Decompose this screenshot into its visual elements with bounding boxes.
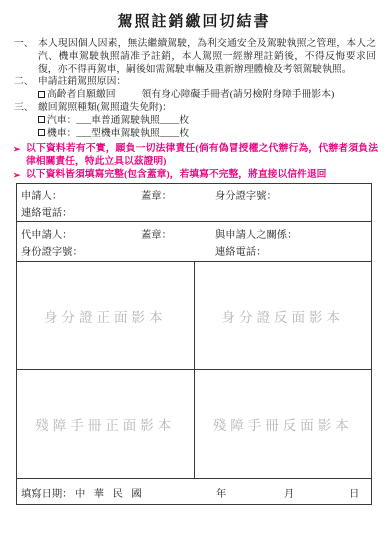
license-type-motorcycle-option: 機車：___型機車駕駛執照____枚 — [38, 128, 376, 141]
id-copy-row: 身分證正面影本 身分證反面影本 — [17, 261, 371, 369]
option-senior-voluntary-return: 高齡者自願繳回 — [47, 89, 116, 100]
id-front-copy-cell: 身分證正面影本 — [17, 262, 194, 369]
roc-era-label: 中華民國 — [75, 485, 150, 500]
applicant-phone-label: 連絡電話： — [21, 204, 72, 219]
agent-name-label: 代申請人： — [21, 226, 141, 241]
handbook-back-copy-cell: 殘障手冊反面影本 — [194, 370, 372, 478]
applicant-seal-label: 蓋章： — [141, 187, 215, 202]
clause-1-number: 一、 — [14, 38, 38, 76]
notice-completeness-text: 以下資料皆須填寫完整(包含蓋章)，若填寫不完整，將直接以信件退回 — [26, 169, 378, 182]
applicant-name-label: 申請人： — [21, 187, 141, 202]
agent-relation-label: 與申請人之關係： — [215, 226, 297, 241]
clause-2-number: 二、 — [14, 76, 38, 102]
id-back-copy-cell: 身分證反面影本 — [194, 262, 372, 369]
fill-date-row: 填寫日期： 中華民國 年 月 日 — [17, 478, 371, 504]
clause-2: 二、 申請註銷駕照原因： 高齡者自願繳回領有身心障礙手冊者(請另檢附身障手冊影本… — [14, 76, 376, 102]
applicant-row: 申請人： 蓋章： 身分證字號： 連絡電話： — [17, 184, 371, 221]
handbook-copy-row: 殘障手冊正面影本 殘障手冊反面影本 — [17, 369, 371, 478]
handbook-front-copy-cell: 殘障手冊正面影本 — [17, 370, 194, 478]
checkbox-icon-senior-return — [38, 91, 45, 98]
cancel-reason-options: 高齡者自願繳回領有身心障礙手冊者(請另檢附身障手冊影本) — [38, 89, 376, 102]
option-motorcycle-license: 機車：___型機車駕駛執照____枚 — [47, 128, 189, 139]
month-label: 月 — [284, 485, 294, 500]
agent-seal-label: 蓋章： — [141, 226, 215, 241]
checkbox-icon-car — [38, 116, 45, 123]
fill-date-label: 填寫日期： — [21, 485, 72, 500]
clause-3: 三、 繳回駕照種類(駕照遺失免附)： 汽車：___車普通駕駛執照____枚 機車… — [14, 102, 376, 140]
arrow-bullet-icon: ➢ — [13, 169, 26, 182]
agent-phone-label: 連絡電話： — [215, 243, 266, 258]
notice-liability-text: 以下資料若有不實，願負一切法律責任(倘有偽冒授權之代辦行為，代辦者須負法律相關責… — [26, 143, 378, 168]
clauses-list: 一、 本人現因個人因素，無法繼續駕駛，為利交通安全及駕駛執照之管理，本人之汽、機… — [14, 38, 376, 140]
agent-row: 代申請人： 蓋章： 與申請人之關係： 身份證字號： 連絡電話： — [17, 221, 371, 261]
clause-3-heading: 繳回駕照種類(駕照遺失免附)： — [38, 102, 376, 115]
notice-liability: ➢ 以下資料若有不實，願負一切法律責任(倘有偽冒授權之代辦行為，代辦者須負法律相… — [13, 143, 378, 168]
checkbox-icon-motorcycle — [38, 129, 45, 136]
clause-1: 一、 本人現因個人因素，無法繼續駕駛，為利交通安全及駕駛執照之管理，本人之汽、機… — [14, 38, 376, 76]
clause-1-text: 本人現因個人因素，無法繼續駕駛，為利交通安全及駕駛執照之管理，本人之汽、機車駕駛… — [38, 38, 376, 76]
page-title: 駕照註銷繳回切結書 — [0, 0, 388, 31]
legal-notices: ➢ 以下資料若有不實，願負一切法律責任(倘有偽冒授權之代辦行為，代辦者須負法律相… — [13, 143, 378, 181]
affidavit-document-page: 駕照註銷繳回切結書 一、 本人現因個人因素，無法繼續駕駛，為利交通安全及駕駛執照… — [0, 0, 388, 545]
applicant-form-table: 申請人： 蓋章： 身分證字號： 連絡電話： 代申請人： 蓋章： 與申請人之關係：… — [16, 183, 372, 505]
year-label: 年 — [216, 485, 226, 500]
applicant-id-label: 身分證字號： — [215, 187, 277, 202]
notice-completeness: ➢ 以下資料皆須填寫完整(包含蓋章)，若填寫不完整，將直接以信件退回 — [13, 169, 378, 182]
day-label: 日 — [349, 485, 359, 500]
license-type-car-option: 汽車：___車普通駕駛執照____枚 — [38, 115, 376, 128]
arrow-bullet-icon: ➢ — [13, 143, 26, 168]
clause-2-heading: 申請註銷駕照原因： — [38, 76, 376, 89]
option-disability-handbook-holder: 領有身心障礙手冊者(請另檢附身障手冊影本) — [142, 89, 335, 100]
clause-3-number: 三、 — [14, 102, 38, 140]
option-car-license: 汽車：___車普通駕駛執照____枚 — [47, 115, 189, 126]
agent-id-label: 身份證字號： — [21, 243, 215, 258]
